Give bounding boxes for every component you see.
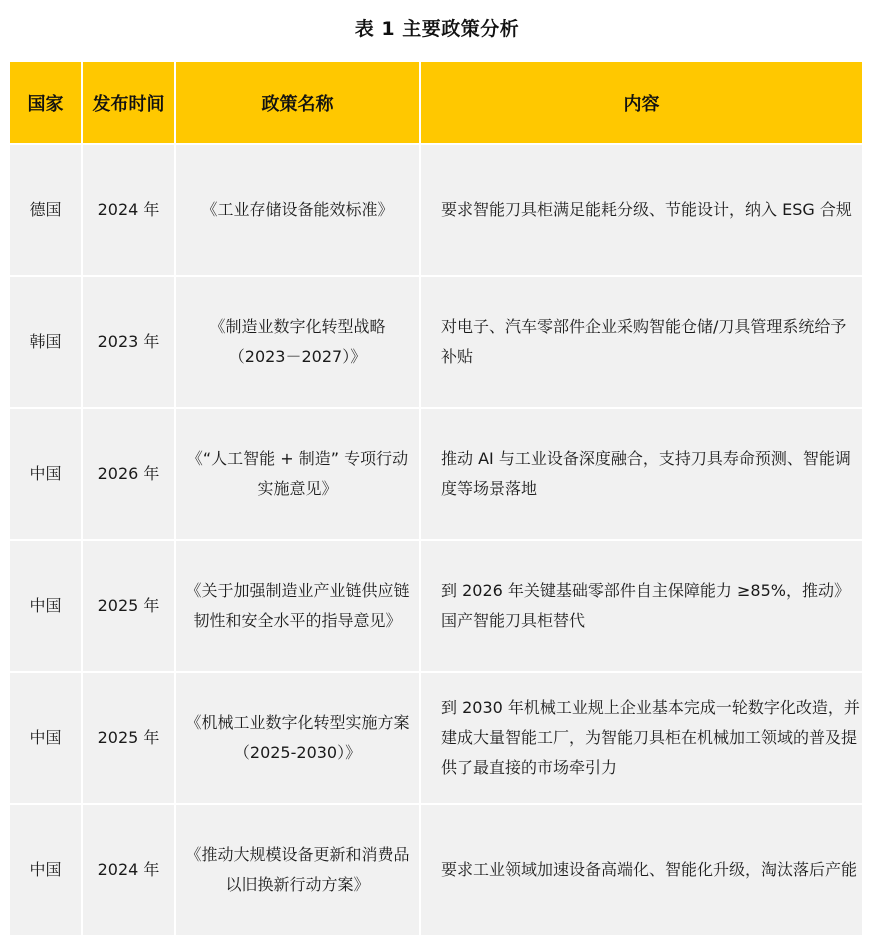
cell-date: 2024 年 <box>83 805 174 935</box>
table-caption: 表 1 主要政策分析 <box>0 14 874 41</box>
table-header-row: 国家 发布时间 政策名称 内容 <box>10 62 862 143</box>
cell-country: 中国 <box>10 409 81 539</box>
table-row: 韩国 2023 年 《制造业数字化转型战略（2023－2027）》 对电子、汽车… <box>10 277 862 407</box>
cell-country: 德国 <box>10 145 81 275</box>
table-row: 中国 2025 年 《关于加强制造业产业链供应链韧性和安全水平的指导意见》 到 … <box>10 541 862 671</box>
cell-country: 韩国 <box>10 277 81 407</box>
cell-content: 要求工业领域加速设备高端化、智能化升级，淘汰落后产能 <box>421 805 862 935</box>
cell-date: 2023 年 <box>83 277 174 407</box>
cell-content: 要求智能刀具柜满足能耗分级、节能设计，纳入 ESG 合规 <box>421 145 862 275</box>
cell-content: 到 2026 年关键基础零部件自主保障能力 ≥85%，推动》国产智能刀具柜替代 <box>421 541 862 671</box>
cell-policy-name: 《关于加强制造业产业链供应链韧性和安全水平的指导意见》 <box>176 541 419 671</box>
cell-content: 到 2030 年机械工业规上企业基本完成一轮数字化改造，并建成大量智能工厂，为智… <box>421 673 862 803</box>
header-policy-name: 政策名称 <box>176 62 419 143</box>
cell-country: 中国 <box>10 673 81 803</box>
header-date: 发布时间 <box>83 62 174 143</box>
cell-date: 2024 年 <box>83 145 174 275</box>
cell-content: 对电子、汽车零部件企业采购智能仓储/刀具管理系统给予补贴 <box>421 277 862 407</box>
cell-content: 推动 AI 与工业设备深度融合，支持刀具寿命预测、智能调度等场景落地 <box>421 409 862 539</box>
table-row: 德国 2024 年 《工业存储设备能效标准》 要求智能刀具柜满足能耗分级、节能设… <box>10 145 862 275</box>
cell-country: 中国 <box>10 541 81 671</box>
cell-policy-name: 《机械工业数字化转型实施方案（2025-2030）》 <box>176 673 419 803</box>
header-country: 国家 <box>10 62 81 143</box>
policy-table: 国家 发布时间 政策名称 内容 德国 2024 年 《工业存储设备能效标准》 要… <box>8 60 864 937</box>
cell-policy-name: 《工业存储设备能效标准》 <box>176 145 419 275</box>
table-row: 中国 2025 年 《机械工业数字化转型实施方案（2025-2030）》 到 2… <box>10 673 862 803</box>
cell-date: 2025 年 <box>83 673 174 803</box>
table-row: 中国 2026 年 《“人工智能 + 制造” 专项行动实施意见》 推动 AI 与… <box>10 409 862 539</box>
cell-policy-name: 《推动大规模设备更新和消费品以旧换新行动方案》 <box>176 805 419 935</box>
cell-country: 中国 <box>10 805 81 935</box>
table-row: 中国 2024 年 《推动大规模设备更新和消费品以旧换新行动方案》 要求工业领域… <box>10 805 862 935</box>
cell-date: 2025 年 <box>83 541 174 671</box>
cell-policy-name: 《制造业数字化转型战略（2023－2027）》 <box>176 277 419 407</box>
cell-date: 2026 年 <box>83 409 174 539</box>
header-content: 内容 <box>421 62 862 143</box>
cell-policy-name: 《“人工智能 + 制造” 专项行动实施意见》 <box>176 409 419 539</box>
